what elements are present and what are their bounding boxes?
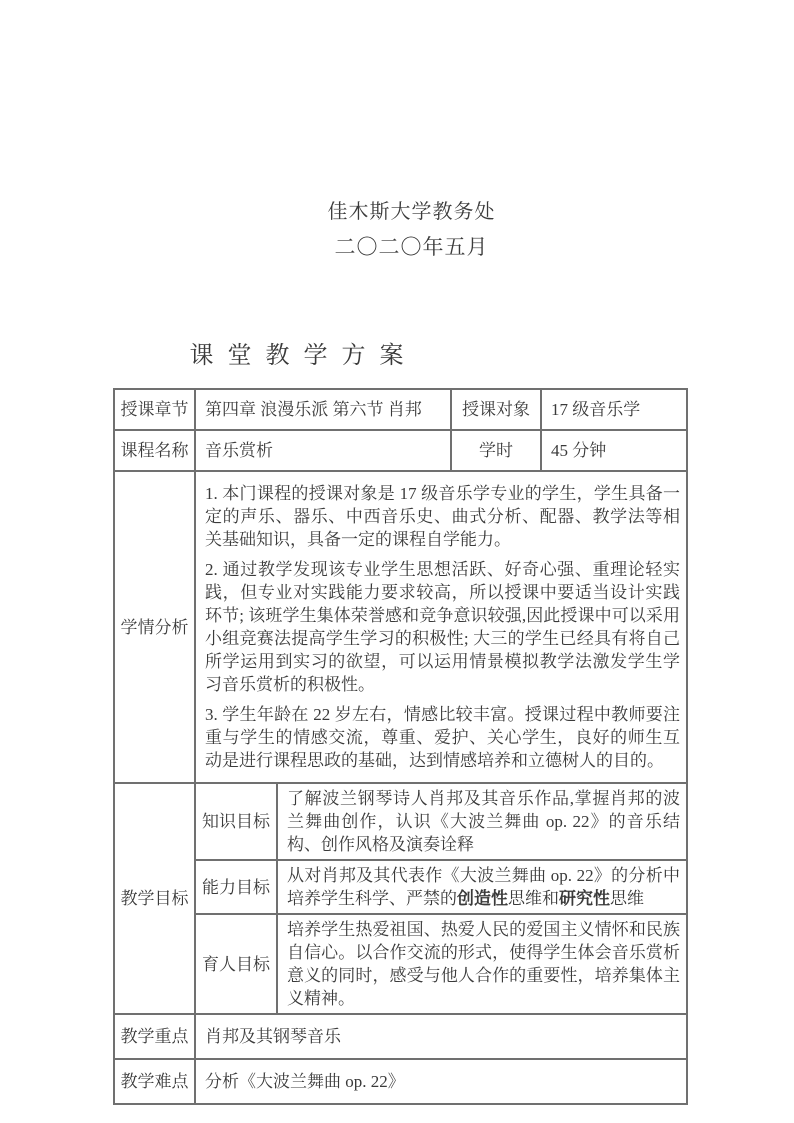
moral-goal-row: 育人目标 培养学生热爱祖国、热爱人民的爱国主义情怀和民族自信心。以合作交流的形式… <box>114 914 687 1014</box>
course-row: 课程名称 音乐赏析 学时 45 分钟 <box>114 430 687 471</box>
document-page: 佳木斯大学教务处 二〇二〇年五月 课 堂 教 学 方 案 授课章节 第四章 浪漫… <box>0 0 794 1123</box>
emphasized-text: 研究性 <box>559 889 610 908</box>
text-segment: 了解波兰钢琴诗人肖邦及其音乐作品,掌握肖邦的波兰舞曲创作，认识《大波兰舞曲 op… <box>287 789 680 854</box>
audience-value: 17 级音乐学 <box>541 389 687 430</box>
text-segment: 培养学生热爱祖国、热爱人民的爱国主义情怀和民族自信心。以合作交流的形式，使得学生… <box>287 920 680 1008</box>
course-name-label: 课程名称 <box>114 430 195 471</box>
knowledge-goal-label: 知识目标 <box>195 783 277 860</box>
hours-label: 学时 <box>451 430 541 471</box>
teaching-plan-table: 授课章节 第四章 浪漫乐派 第六节 肖邦 授课对象 17 级音乐学 课程名称 音… <box>113 388 688 1105</box>
document-header: 佳木斯大学教务处 二〇二〇年五月 <box>125 0 698 259</box>
goals-label: 教学目标 <box>114 783 195 1014</box>
org-name: 佳木斯大学教务处 <box>125 201 698 224</box>
hours-value: 45 分钟 <box>541 430 687 471</box>
ability-goal-label: 能力目标 <box>195 860 277 914</box>
knowledge-goal-content: 了解波兰钢琴诗人肖邦及其音乐作品,掌握肖邦的波兰舞曲创作，认识《大波兰舞曲 op… <box>277 783 687 860</box>
difficulty-label: 教学难点 <box>114 1059 195 1104</box>
analysis-row: 学情分析 1. 本门课程的授课对象是 17 级音乐学专业的学生，学生具备一定的声… <box>114 471 687 783</box>
key-points-row: 教学重点 肖邦及其钢琴音乐 <box>114 1014 687 1059</box>
knowledge-goal-row: 教学目标 知识目标 了解波兰钢琴诗人肖邦及其音乐作品,掌握肖邦的波兰舞曲创作，认… <box>114 783 687 860</box>
difficulty-value: 分析《大波兰舞曲 op. 22》 <box>195 1059 687 1104</box>
text-segment: 思维和 <box>508 889 559 908</box>
analysis-label: 学情分析 <box>114 471 195 783</box>
analysis-paragraph: 1. 本门课程的授课对象是 17 级音乐学专业的学生，学生具备一定的声乐、器乐、… <box>205 482 680 551</box>
chapter-value: 第四章 浪漫乐派 第六节 肖邦 <box>195 389 451 430</box>
moral-goal-content: 培养学生热爱祖国、热爱人民的爱国主义情怀和民族自信心。以合作交流的形式，使得学生… <box>277 914 687 1014</box>
course-name-value: 音乐赏析 <box>195 430 451 471</box>
moral-goal-label: 育人目标 <box>195 914 277 1014</box>
difficulty-row: 教学难点 分析《大波兰舞曲 op. 22》 <box>114 1059 687 1104</box>
text-segment: 思维 <box>610 889 644 908</box>
doc-date: 二〇二〇年五月 <box>125 235 698 259</box>
key-points-label: 教学重点 <box>114 1014 195 1059</box>
ability-goal-row: 能力目标 从对肖邦及其代表作《大波兰舞曲 op. 22》的分析中培养学生科学、严… <box>114 860 687 914</box>
chapter-row: 授课章节 第四章 浪漫乐派 第六节 肖邦 授课对象 17 级音乐学 <box>114 389 687 430</box>
analysis-content: 1. 本门课程的授课对象是 17 级音乐学专业的学生，学生具备一定的声乐、器乐、… <box>195 471 687 783</box>
analysis-paragraph: 3. 学生年龄在 22 岁左右，情感比较丰富。授课过程中教师要注重与学生的情感交… <box>205 703 680 772</box>
ability-goal-content: 从对肖邦及其代表作《大波兰舞曲 op. 22》的分析中培养学生科学、严禁的创造性… <box>277 860 687 914</box>
doc-title: 课 堂 教 学 方 案 <box>12 343 585 370</box>
audience-label: 授课对象 <box>451 389 541 430</box>
key-points-value: 肖邦及其钢琴音乐 <box>195 1014 687 1059</box>
analysis-paragraph: 2. 通过教学发现该专业学生思想活跃、好奇心强、重理论轻实践，但专业对实践能力要… <box>205 558 680 696</box>
chapter-label: 授课章节 <box>114 389 195 430</box>
emphasized-text: 创造性 <box>457 889 508 908</box>
